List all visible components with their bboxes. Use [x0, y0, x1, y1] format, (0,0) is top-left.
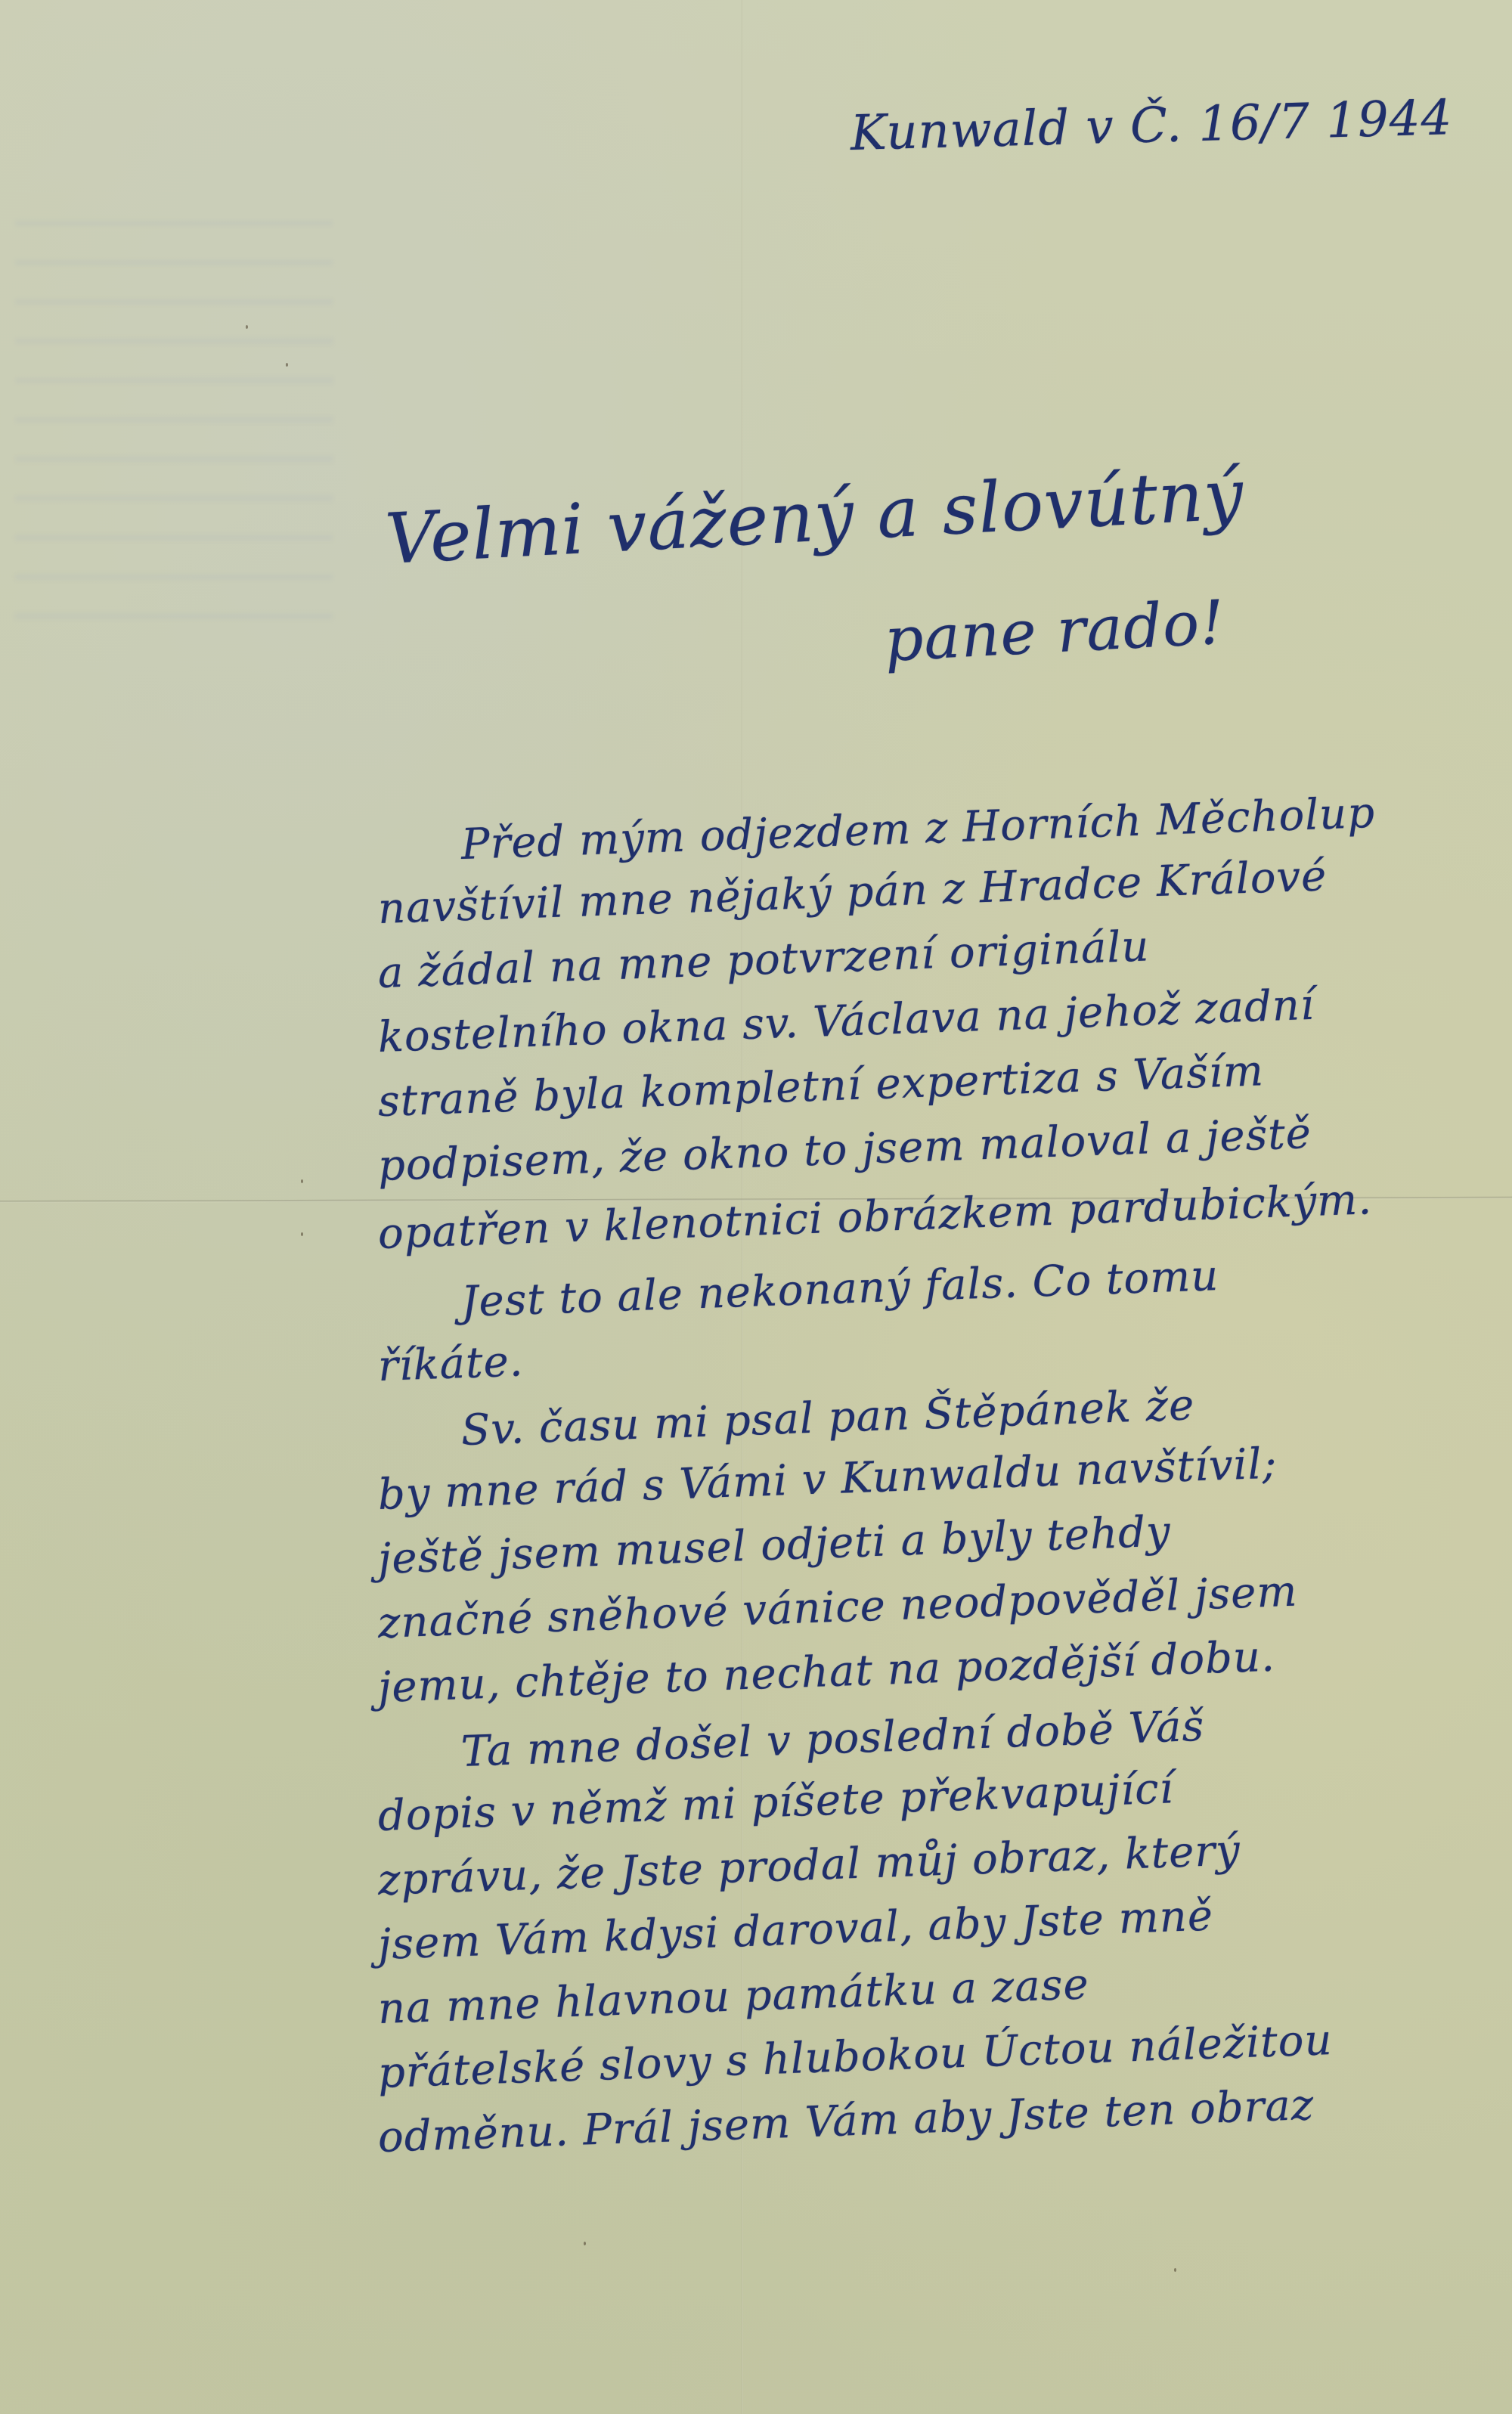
body-line: říkáte. [377, 1337, 525, 1391]
paper-speck [1174, 2268, 1176, 2272]
paper-speck [301, 1232, 303, 1236]
paper-speck [246, 325, 248, 329]
paper-speck [301, 1179, 303, 1183]
paper-speck [584, 2242, 586, 2245]
paper-speck [286, 363, 288, 367]
bleed-through-text [15, 189, 333, 643]
